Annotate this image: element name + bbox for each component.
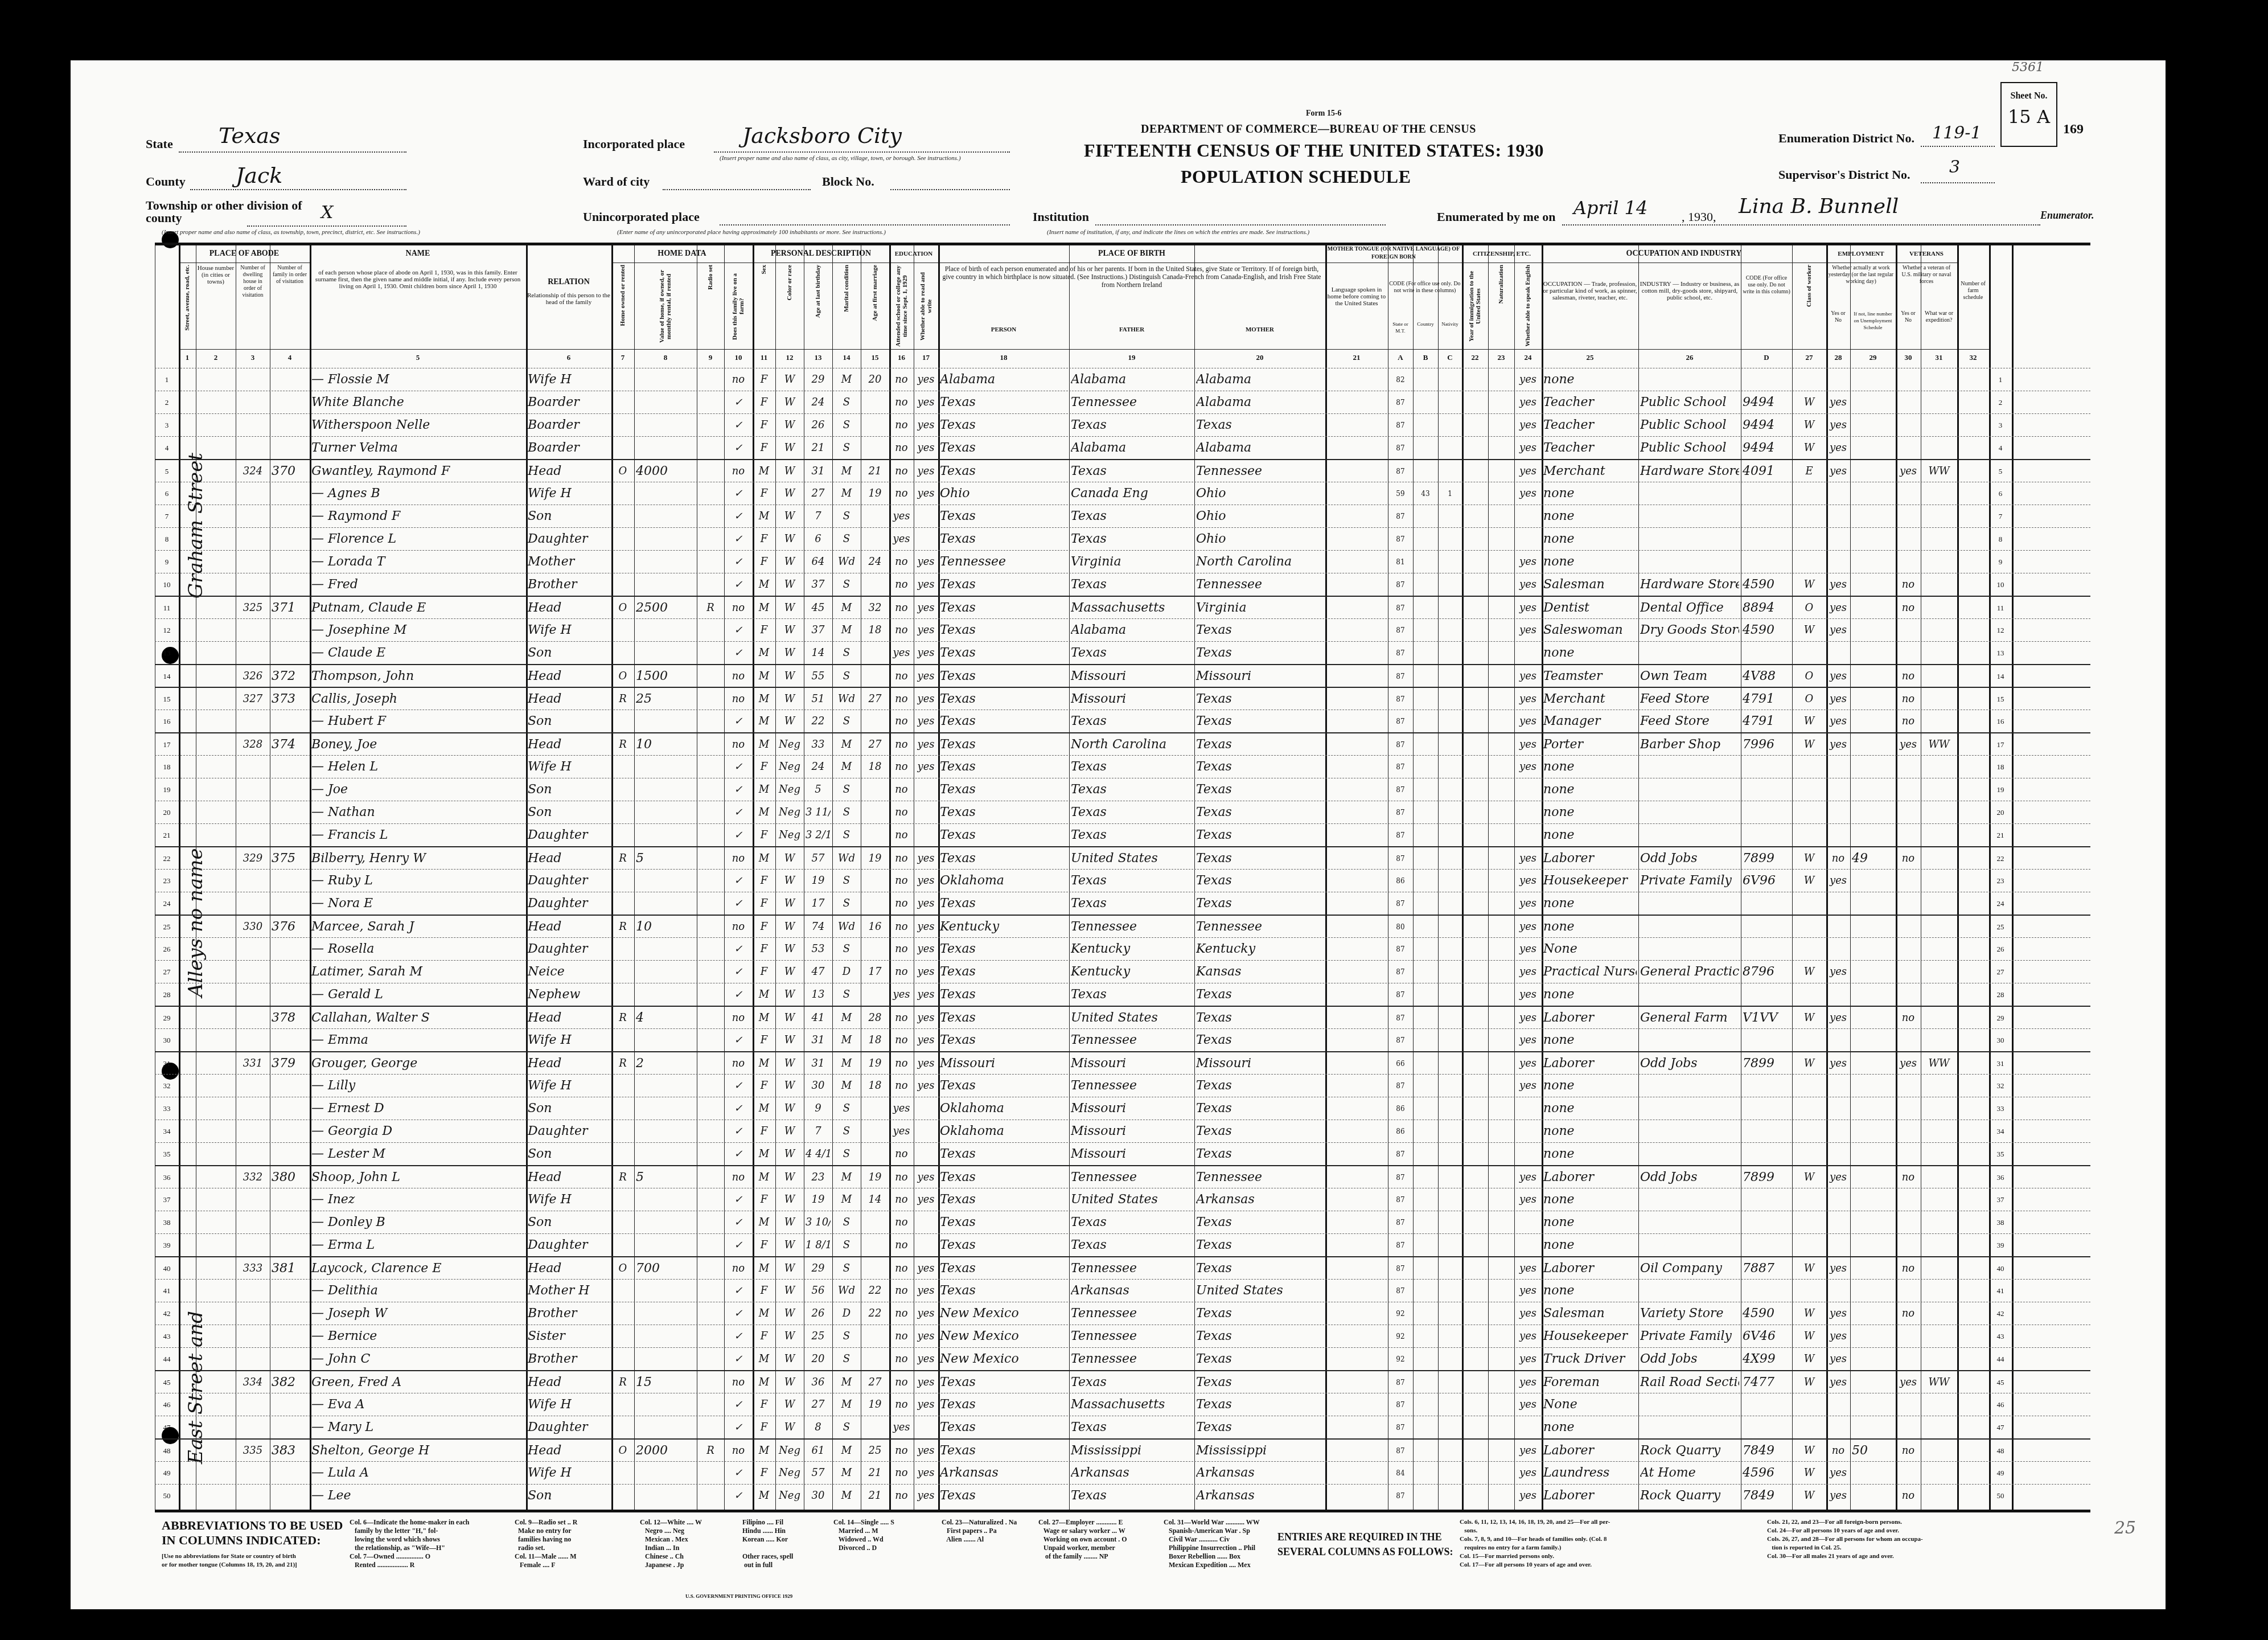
head-race: Color or race (786, 265, 793, 301)
cell-farm: ✓ (726, 938, 751, 961)
line-number-right: 20 (1989, 801, 2012, 824)
head-code-d: CODE (For office use only. Do not write … (1741, 274, 1792, 359)
group-place-of-birth: PLACE OF BIRTH (938, 245, 1325, 263)
cell-industry: General Practice (1640, 961, 1739, 983)
cell-family (272, 892, 308, 915)
cell-speak: yes (1516, 1280, 1540, 1302)
cell-own (613, 1348, 632, 1371)
cell-own (613, 1462, 632, 1485)
cell-codeB (1415, 1416, 1436, 1439)
table-row: 1313— Claude ESon✓MW14SyesyesTexasTexasT… (155, 641, 2090, 665)
cell-relation: Head (528, 665, 610, 688)
cell-read: yes (915, 391, 936, 414)
cell-school: no (891, 551, 912, 573)
cell-codeC (1440, 892, 1460, 915)
cell-age: 47 (806, 961, 831, 983)
cell-father: Texas (1071, 983, 1193, 1006)
cell-work (1828, 756, 1848, 778)
cell-work (1828, 1393, 1848, 1416)
cell-codeB (1415, 824, 1436, 847)
cell-codeB (1415, 801, 1436, 824)
cell-marital: S (834, 824, 859, 847)
cell-read: yes (915, 1348, 936, 1371)
cell-dwelling (237, 1029, 268, 1052)
cell-house (198, 1302, 234, 1325)
cell-war (1922, 1166, 1955, 1189)
cell-age: 27 (806, 482, 831, 505)
table-row: 1414326372Thompson, JohnHeadO1500noMW55S… (155, 664, 2090, 688)
line-number-right: 18 (1989, 756, 2012, 778)
census-sheet: State Texas County Jack Township or othe… (71, 60, 2166, 1609)
cell-relation: Head (528, 597, 610, 620)
cell-school: no (891, 1143, 912, 1166)
cell-family (272, 1462, 308, 1485)
cell-codeD: 6V46 (1743, 1325, 1790, 1348)
cell-own (613, 710, 632, 733)
cell-birth: Arkansas (940, 1462, 1067, 1485)
head-unemployment-line: If not, line number on Unemployment Sche… (1850, 309, 1896, 349)
cell-speak (1516, 642, 1540, 665)
cell-codeD: 7849 (1743, 1485, 1790, 1507)
cell-own (613, 938, 632, 961)
cell-race: W (777, 1393, 802, 1416)
cell-marital: M (834, 733, 859, 756)
cell-work: yes (1828, 961, 1848, 983)
cell-race: W (777, 1371, 802, 1394)
table-row: 2727Latimer, Sarah MNeice✓FW47D17noyesTe… (155, 960, 2090, 983)
cell-mother: Texas (1196, 1029, 1324, 1052)
cell-codeD (1743, 551, 1790, 573)
cell-father: Tennessee (1071, 1348, 1193, 1371)
line-number: 15 (155, 688, 179, 711)
cell-value: 700 (636, 1257, 695, 1280)
cell-read (915, 528, 936, 551)
cell-occupation: none (1543, 1280, 1637, 1302)
cell-codeD: 7996 (1743, 733, 1790, 756)
cell-work: yes (1828, 460, 1848, 483)
cell-war (1922, 983, 1955, 1006)
cell-war (1922, 1120, 1955, 1143)
cell-age-marr: 21 (862, 460, 888, 483)
cell-own (613, 801, 632, 824)
cell-speak: yes (1516, 961, 1540, 983)
cell-class (1794, 1188, 1825, 1211)
cell-house (198, 1440, 234, 1462)
cell-industry (1640, 1097, 1739, 1120)
cell-relation: Sister (528, 1325, 610, 1348)
column-number: 17 (914, 349, 938, 366)
table-row: 3131331379Grouger, GeorgeHeadR2noMW31M19… (155, 1051, 2090, 1075)
cell-father: Alabama (1071, 437, 1193, 460)
head-father: FATHER (1069, 325, 1194, 348)
cell-name: — John C (311, 1348, 524, 1371)
cell-relation: Nephew (528, 983, 610, 1006)
cell-class (1794, 1416, 1825, 1439)
cell-work: yes (1828, 1462, 1848, 1485)
cell-dwelling: 331 (237, 1052, 268, 1075)
cell-own (613, 368, 632, 391)
cell-age-marr (862, 642, 888, 665)
cell-speak: yes (1516, 1302, 1540, 1325)
column-number: 4 (270, 349, 310, 366)
cell-codeB (1415, 597, 1436, 620)
cell-own (613, 619, 632, 642)
line-number: 1 (155, 368, 179, 391)
cell-family (272, 1029, 308, 1052)
cell-birth: Texas (940, 778, 1067, 801)
cell-age: 25 (806, 1325, 831, 1348)
cell-value (636, 505, 695, 528)
cell-age: 51 (806, 688, 831, 711)
cell-vet (1897, 368, 1919, 391)
cell-age: 45 (806, 597, 831, 620)
cell-marital: Wd (834, 688, 859, 711)
line-number: 2 (155, 391, 179, 414)
cell-speak: yes (1516, 1166, 1540, 1189)
cell-occupation: none (1543, 801, 1637, 824)
cell-birth: Texas (940, 1143, 1067, 1166)
cell-radio (699, 778, 722, 801)
cell-age: 53 (806, 938, 831, 961)
cell-war (1922, 505, 1955, 528)
cell-value (636, 1280, 695, 1302)
cell-school: no (891, 847, 912, 870)
cell-industry: Odd Jobs (1640, 847, 1739, 870)
cell-sex: F (754, 1325, 774, 1348)
cell-speak: yes (1516, 665, 1540, 688)
cell-marital: S (834, 1211, 859, 1234)
cell-farm: ✓ (726, 892, 751, 915)
cell-vet: no (1897, 688, 1919, 711)
cell-radio (699, 1075, 722, 1097)
cell-family (272, 1416, 308, 1439)
cell-radio (699, 642, 722, 665)
group-place-of-abode: PLACE OF ABODE (179, 245, 310, 263)
cell-birth: Texas (940, 733, 1067, 756)
line-number-right: 16 (1989, 710, 2012, 733)
cell-age: 22 (806, 710, 831, 733)
cell-occupation: none (1543, 824, 1637, 847)
cell-codeD: 9494 (1743, 437, 1790, 460)
cell-sex: F (754, 892, 774, 915)
enum-district-label: Enumeration District No. (1778, 131, 1914, 146)
cell-father: Texas (1071, 414, 1193, 437)
enumerator-label: Enumerator. (2040, 210, 2094, 222)
cell-codeD (1743, 1075, 1790, 1097)
cell-own (613, 1416, 632, 1439)
cell-codeD (1743, 1393, 1790, 1416)
cell-mother: Texas (1196, 1416, 1324, 1439)
cell-dwelling (237, 1393, 268, 1416)
line-number: 23 (155, 870, 179, 892)
table-row: 2323— Ruby LDaughter✓FW19SnoyesOklahomaT… (155, 869, 2090, 892)
cell-age: 14 (806, 642, 831, 665)
cell-dwelling (237, 756, 268, 778)
cell-family: 382 (272, 1371, 308, 1394)
cell-speak: yes (1516, 1440, 1540, 1462)
line-number-right: 10 (1989, 573, 2012, 596)
cell-read: yes (915, 573, 936, 596)
cell-value (636, 961, 695, 983)
cell-war (1922, 642, 1955, 665)
cell-unemp (1852, 1007, 1894, 1030)
cell-school: no (891, 1188, 912, 1211)
cell-father: Texas (1071, 870, 1193, 892)
cell-age: 31 (806, 1052, 831, 1075)
cell-codeA: 87 (1390, 665, 1411, 688)
head-code-abc: CODE (For office use only. Do not write … (1388, 280, 1462, 319)
column-number: 29 (1850, 349, 1896, 366)
cell-codeA: 87 (1390, 1485, 1411, 1507)
cell-industry: Rock Quarry (1640, 1485, 1739, 1507)
cell-mother: Texas (1196, 1211, 1324, 1234)
cell-own: O (613, 460, 632, 483)
cell-house (198, 1097, 234, 1120)
cell-age: 6 (806, 528, 831, 551)
cell-codeB (1415, 665, 1436, 688)
cell-age: 8 (806, 1416, 831, 1439)
cell-father: United States (1071, 1007, 1193, 1030)
cell-school: yes (891, 642, 912, 665)
cell-house (198, 1416, 234, 1439)
cell-own (613, 1188, 632, 1211)
cell-school: no (891, 1234, 912, 1257)
cell-family (272, 528, 308, 551)
cell-own (613, 1211, 632, 1234)
cell-relation: Wife H (528, 368, 610, 391)
cell-age: 26 (806, 1302, 831, 1325)
cell-industry: Odd Jobs (1640, 1166, 1739, 1189)
cell-age: 31 (806, 1029, 831, 1052)
cell-race: W (777, 1280, 802, 1302)
cell-farm: ✓ (726, 756, 751, 778)
cell-unemp (1852, 391, 1894, 414)
cell-read: yes (915, 1029, 936, 1052)
cell-mother: Texas (1196, 870, 1324, 892)
cell-father: Tennessee (1071, 916, 1193, 938)
cell-value: 2 (636, 1052, 695, 1075)
group-occupation-industry: OCCUPATION AND INDUSTRY (1542, 245, 1826, 263)
cell-vet (1897, 1234, 1919, 1257)
cell-name: Latimer, Sarah M (311, 961, 524, 983)
cell-radio (699, 892, 722, 915)
cell-value (636, 368, 695, 391)
cell-sex: F (754, 1416, 774, 1439)
cell-relation: Head (528, 1007, 610, 1030)
cell-farm: ✓ (726, 482, 751, 505)
cell-relation: Head (528, 460, 610, 483)
cell-class (1794, 1393, 1825, 1416)
cell-unemp: 50 (1852, 1440, 1894, 1462)
state-line (179, 151, 406, 153)
cell-class: O (1794, 688, 1825, 711)
cell-codeB (1415, 1371, 1436, 1394)
cell-house (198, 916, 234, 938)
head-code-c: Nativity (1438, 319, 1462, 349)
cell-race: W (777, 391, 802, 414)
cell-codeA: 82 (1390, 368, 1411, 391)
cell-work (1828, 824, 1848, 847)
cell-family (272, 437, 308, 460)
cell-school: no (891, 1211, 912, 1234)
cell-school: no (891, 916, 912, 938)
cell-mother: Arkansas (1196, 1462, 1324, 1485)
cell-own (613, 1325, 632, 1348)
cell-codeB (1415, 916, 1436, 938)
cell-house (198, 733, 234, 756)
cell-work: yes (1828, 573, 1848, 596)
cell-farm: ✓ (726, 1234, 751, 1257)
cell-age-marr: 17 (862, 961, 888, 983)
cell-work (1828, 482, 1848, 505)
line-number: 34 (155, 1120, 179, 1143)
cell-industry (1640, 642, 1739, 665)
cell-race: W (777, 573, 802, 596)
cell-war (1922, 414, 1955, 437)
cell-own: R (613, 733, 632, 756)
cell-value (636, 391, 695, 414)
cell-work: yes (1828, 391, 1848, 414)
line-number-right: 42 (1989, 1302, 2012, 1325)
cell-radio (699, 1485, 722, 1507)
cell-occupation: Dentist (1543, 597, 1637, 620)
cell-class: W (1794, 710, 1825, 733)
cell-occupation: Laborer (1543, 847, 1637, 870)
cell-school: yes (891, 1120, 912, 1143)
cell-name: Gwantley, Raymond F (311, 460, 524, 483)
cell-mother: Ohio (1196, 528, 1324, 551)
cell-vet: no (1897, 1257, 1919, 1280)
cell-school: yes (891, 1097, 912, 1120)
cell-occupation: none (1543, 1075, 1637, 1097)
cell-war (1922, 1348, 1955, 1371)
table-row: 3434— Georgia DDaughter✓FW7SyesOklahomaM… (155, 1120, 2090, 1143)
cell-class: E (1794, 460, 1825, 483)
cell-codeB (1415, 1348, 1436, 1371)
cell-read: yes (915, 1007, 936, 1030)
cell-marital: M (834, 1007, 859, 1030)
cell-speak: yes (1516, 619, 1540, 642)
cell-radio (699, 528, 722, 551)
cell-radio (699, 1029, 722, 1052)
cell-codeB (1415, 1029, 1436, 1052)
cell-father: Arkansas (1071, 1462, 1193, 1485)
cell-codeD: 6V96 (1743, 870, 1790, 892)
cell-industry (1640, 1075, 1739, 1097)
cell-war (1922, 892, 1955, 915)
cell-relation: Son (528, 1211, 610, 1234)
cell-codeC (1440, 1166, 1460, 1189)
cell-radio (699, 688, 722, 711)
cell-farm: ✓ (726, 414, 751, 437)
cell-vet (1897, 1097, 1919, 1120)
cell-sex: M (754, 665, 774, 688)
cell-unemp (1852, 1325, 1894, 1348)
cell-value (636, 437, 695, 460)
cell-speak: yes (1516, 1257, 1540, 1280)
cell-age: 56 (806, 1280, 831, 1302)
cell-occupation: Practical Nurse (1543, 961, 1637, 983)
entries-title: ENTRIES ARE REQUIRED IN THE SEVERAL COLU… (1277, 1530, 1453, 1559)
table-row: 4343— BerniceSister✓FW25SnoyesNew Mexico… (155, 1325, 2090, 1348)
cell-value (636, 551, 695, 573)
cell-speak: yes (1516, 414, 1540, 437)
cell-codeB (1415, 1257, 1436, 1280)
cell-codeC (1440, 1393, 1460, 1416)
column-number: 32 (1957, 349, 1989, 366)
head-at-work: Yes or No (1826, 309, 1850, 349)
cell-value (636, 892, 695, 915)
cell-radio (699, 391, 722, 414)
cell-birth: Texas (940, 1440, 1067, 1462)
cell-relation: Head (528, 916, 610, 938)
cell-father: Mississippi (1071, 1440, 1193, 1462)
cell-own: R (613, 1007, 632, 1030)
column-number: 1 (179, 349, 196, 366)
cell-industry: Variety Store (1640, 1302, 1739, 1325)
cell-unemp (1852, 619, 1894, 642)
cell-codeA: 92 (1390, 1325, 1411, 1348)
column-number: 13 (804, 349, 832, 366)
cell-read (915, 1211, 936, 1234)
cell-family (272, 710, 308, 733)
cell-age-marr (862, 437, 888, 460)
cell-radio (699, 1462, 722, 1485)
cell-birth: Texas (940, 801, 1067, 824)
cell-birth: Missouri (940, 1052, 1067, 1075)
line-number-right: 34 (1989, 1120, 2012, 1143)
cell-speak: yes (1516, 460, 1540, 483)
cell-codeB (1415, 1440, 1436, 1462)
table-row: 3939— Erma LDaughter✓FW1 8/12SnoTexasTex… (155, 1233, 2090, 1257)
cell-age-marr: 21 (862, 1485, 888, 1507)
cell-occupation: none (1543, 1188, 1637, 1211)
cell-radio (699, 505, 722, 528)
cell-speak: yes (1516, 1462, 1540, 1485)
cell-father: Texas (1071, 1416, 1193, 1439)
cell-farm: ✓ (726, 1416, 751, 1439)
cell-value (636, 1325, 695, 1348)
cell-radio (699, 1007, 722, 1030)
cell-school: no (891, 778, 912, 801)
line-number-right: 43 (1989, 1325, 2012, 1348)
cell-value (636, 1462, 695, 1485)
cell-school: no (891, 1166, 912, 1189)
cell-marital: M (834, 619, 859, 642)
cell-codeD (1743, 368, 1790, 391)
cell-marital: S (834, 642, 859, 665)
cell-marital: S (834, 983, 859, 1006)
cell-codeB (1415, 847, 1436, 870)
cell-age-marr: 19 (862, 482, 888, 505)
cell-mother: Missouri (1196, 1052, 1324, 1075)
cell-age: 27 (806, 1393, 831, 1416)
cell-class: W (1794, 1371, 1825, 1394)
cell-family (272, 1348, 308, 1371)
cell-codeB (1415, 938, 1436, 961)
cell-race: W (777, 1348, 802, 1371)
cell-father: Texas (1071, 642, 1193, 665)
cell-birth: Texas (940, 1371, 1067, 1394)
head-employment-note: Whether actually at work yesterday (or t… (1826, 264, 1896, 309)
cell-read: yes (915, 938, 936, 961)
cell-codeC (1440, 1097, 1460, 1120)
cell-work: yes (1828, 597, 1848, 620)
cell-radio (699, 1211, 722, 1234)
cell-father: United States (1071, 847, 1193, 870)
cell-vet (1897, 1325, 1919, 1348)
side-number: 169 (2063, 122, 2084, 137)
